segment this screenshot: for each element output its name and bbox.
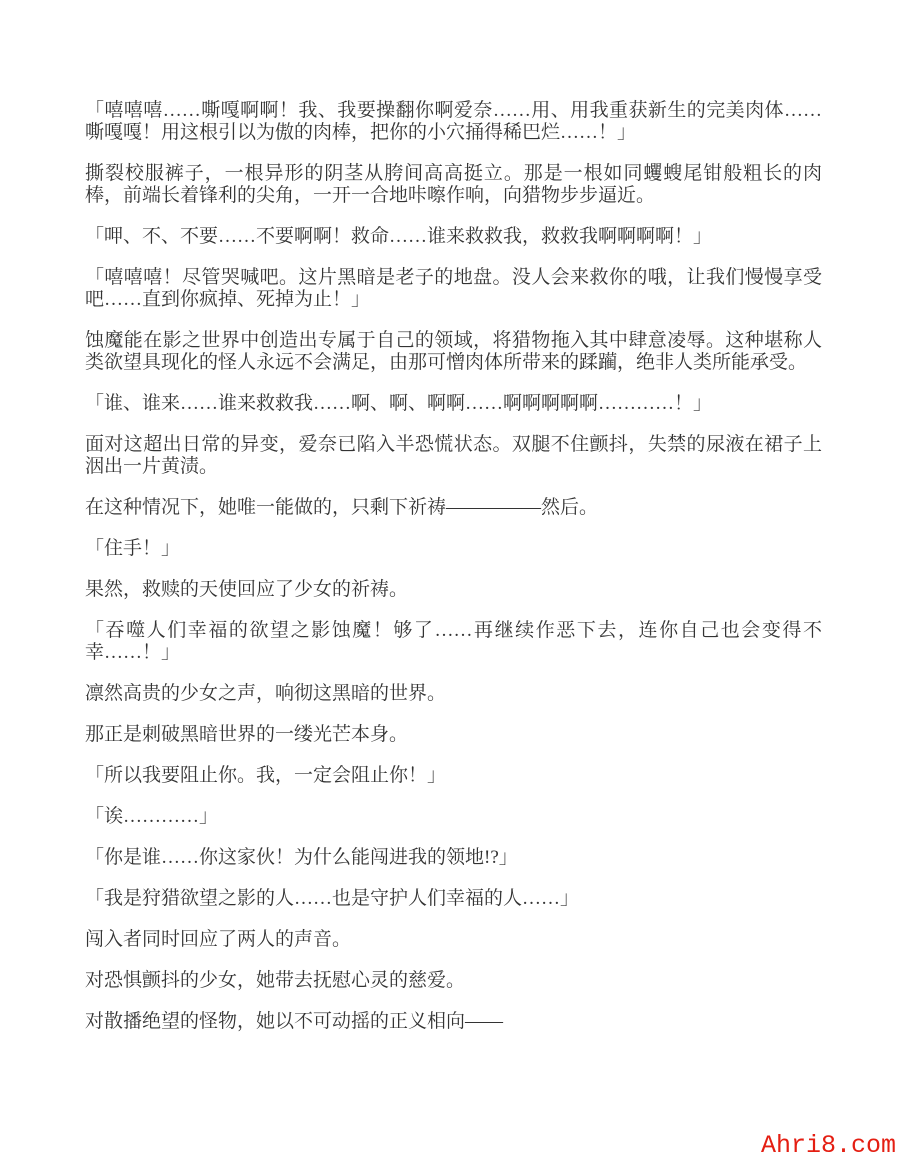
site-watermark: Ahri8.com — [761, 1133, 896, 1159]
paragraph-02: 撕裂校服裤子，一根异形的阴茎从胯间高高挺立。那是一根如同蠼螋尾钳般粗长的肉棒，前… — [85, 163, 822, 207]
paragraph-12: 凛然高贵的少女之声，响彻这黑暗的世界。 — [85, 683, 822, 705]
paragraph-10: 果然，救赎的天使回应了少女的祈祷。 — [85, 579, 822, 601]
paragraph-06: 「谁、谁来……谁来救救我……啊、啊、啊啊……啊啊啊啊啊…………！」 — [85, 393, 822, 415]
paragraph-15: 「诶…………」 — [85, 806, 822, 828]
paragraph-16: 「你是谁……你这家伙！为什么能闯进我的领地!?」 — [85, 847, 822, 869]
paragraph-17: 「我是狩猎欲望之影的人……也是守护人们幸福的人……」 — [85, 888, 822, 910]
page-text-block: 「嘻嘻嘻……嘶嘎啊啊！我、我要操翻你啊爱奈……用、用我重获新生的完美肉体……嘶嘎… — [85, 100, 822, 1052]
paragraph-19: 对恐惧颤抖的少女，她带去抚慰心灵的慈爱。 — [85, 970, 822, 992]
paragraph-18: 闯入者同时回应了两人的声音。 — [85, 929, 822, 951]
paragraph-04: 「嘻嘻嘻！尽管哭喊吧。这片黑暗是老子的地盘。没人会来救你的哦，让我们慢慢享受吧…… — [85, 267, 822, 311]
paragraph-09: 「住手！」 — [85, 538, 822, 560]
paragraph-05: 蚀魔能在影之世界中创造出专属于自己的领域，将猎物拖入其中肆意凌辱。这种堪称人类欲… — [85, 330, 822, 374]
paragraph-20: 对散播绝望的怪物，她以不可动摇的正义相向—— — [85, 1011, 822, 1033]
paragraph-08: 在这种情况下，她唯一能做的，只剩下祈祷—————然后。 — [85, 497, 822, 519]
paragraph-01: 「嘻嘻嘻……嘶嘎啊啊！我、我要操翻你啊爱奈……用、用我重获新生的完美肉体……嘶嘎… — [85, 100, 822, 144]
paragraph-03: 「呷、不、不要……不要啊啊！救命……谁来救救我，救救我啊啊啊啊！」 — [85, 226, 822, 248]
paragraph-11: 「吞噬人们幸福的欲望之影蚀魔！够了……再继续作恶下去，连你自己也会变得不幸……！… — [85, 620, 822, 664]
paragraph-14: 「所以我要阻止你。我，一定会阻止你！」 — [85, 765, 822, 787]
paragraph-07: 面对这超出日常的异变，爱奈已陷入半恐慌状态。双腿不住颤抖，失禁的尿液在裙子上洇出… — [85, 434, 822, 478]
paragraph-13: 那正是刺破黑暗世界的一缕光芒本身。 — [85, 724, 822, 746]
